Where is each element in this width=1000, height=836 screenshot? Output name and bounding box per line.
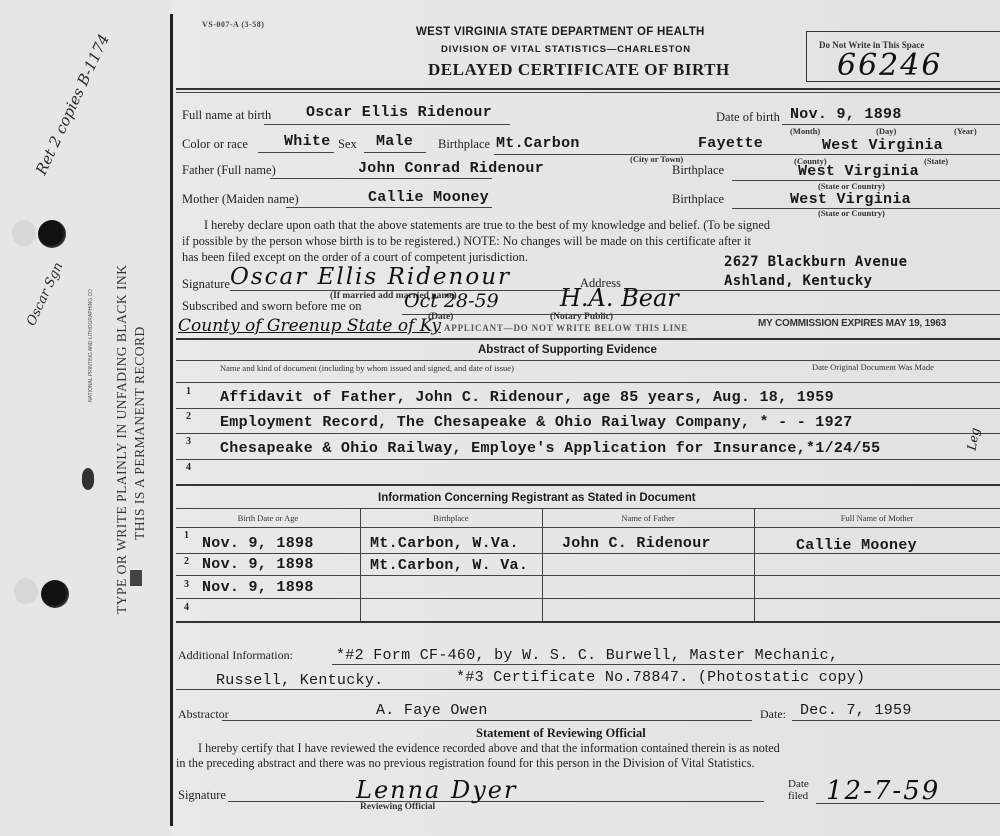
review-line-2: in the preceding abstract and there was … — [176, 756, 1000, 771]
underline — [270, 178, 492, 179]
column-divider — [754, 508, 755, 622]
underline — [264, 124, 510, 125]
column-divider — [360, 508, 361, 622]
margin-handwritten-note: Ret 2 copies B-1174 — [32, 31, 113, 177]
underline — [792, 720, 1000, 721]
additional-info-line-2a[interactable]: Russell, Kentucky. — [216, 672, 383, 689]
additional-info-label: Additional Information: — [178, 648, 293, 663]
punch-hole-shadow — [12, 220, 36, 246]
info-row-3-birth[interactable]: Nov. 9, 1898 — [202, 579, 314, 596]
full-name-label: Full name at birth — [182, 108, 271, 123]
notary-hint: (Notary Public) — [550, 312, 613, 322]
col-birth-date: Birth Date or Age — [176, 513, 360, 523]
abstractor-value[interactable]: A. Faye Owen — [376, 702, 488, 719]
margin-rule — [170, 14, 173, 826]
spacer — [176, 310, 1000, 311]
abstract-title: Abstract of Supporting Evidence — [478, 344, 657, 356]
printer-imprint: NATIONAL PRINTING AND LITHOGRAPHING CO — [88, 289, 94, 402]
additional-info-line-1[interactable]: *#2 Form CF-460, by W. S. C. Burwell, Ma… — [336, 647, 838, 664]
mother-label: Mother (Maiden name) — [182, 192, 299, 207]
abstract-date-value[interactable]: Dec. 7, 1959 — [800, 702, 912, 719]
table-rule — [176, 459, 1000, 460]
father-name-value[interactable]: John Conrad Ridenour — [358, 160, 544, 177]
notary-signature: H.A. Bear — [560, 284, 679, 312]
underline — [258, 152, 334, 153]
certificate-form: VS-007-A (3-58) WEST VIRGINIA STATE DEPA… — [176, 0, 1000, 836]
punch-hole-bottom — [41, 580, 69, 608]
abstract-side-mark: Leg — [965, 427, 983, 452]
sworn-date: Oct 28-59 — [404, 290, 499, 312]
birthplace-city[interactable]: Mt.Carbon — [496, 135, 580, 152]
col-father: Name of Father — [542, 513, 754, 523]
col-mother: Full Name of Mother — [754, 513, 1000, 523]
reviewer-signature-label: Signature — [178, 788, 226, 803]
table-rule — [176, 575, 1000, 576]
year-hint: (Year) — [954, 126, 977, 136]
table-rule — [176, 553, 1000, 554]
abstract-row-2[interactable]: Employment Record, The Chesapeake & Ohio… — [220, 414, 853, 431]
applicant-instruction: APPLICANT—DO NOT WRITE BELOW THIS LINE — [444, 323, 688, 333]
date-filed-value: 12-7-59 — [826, 776, 940, 806]
father-birthplace-label: Birthplace — [672, 163, 724, 178]
race-label: Color or race — [182, 137, 248, 152]
punch-hole-shadow — [14, 578, 38, 604]
info-row-number: 2 — [184, 556, 189, 567]
father-birthplace-value[interactable]: West Virginia — [798, 163, 919, 180]
declaration-line-1: I hereby declare upon oath that the abov… — [182, 217, 1000, 233]
pointing-hand-icon — [130, 570, 142, 586]
info-row-1-mother[interactable]: Callie Mooney — [796, 537, 917, 554]
info-row-number: 3 — [184, 579, 189, 590]
full-name-value[interactable]: Oscar Ellis Ridenour — [306, 104, 492, 121]
certificate-number: 66246 — [837, 48, 942, 83]
underline — [332, 664, 1000, 665]
info-row-1-birth[interactable]: Nov. 9, 1898 — [202, 535, 314, 552]
abstract-row-number: 2 — [186, 411, 191, 422]
info-row-1-place[interactable]: Mt.Carbon, W.Va. — [370, 535, 519, 552]
division-name: DIVISION OF VITAL STATISTICS—CHARLESTON — [441, 44, 691, 55]
abstract-row-number: 1 — [186, 386, 191, 397]
sex-label: Sex — [338, 137, 357, 152]
underline — [176, 689, 1000, 690]
col-birthplace: Birthplace — [360, 513, 542, 523]
review-title: Statement of Reviewing Official — [476, 726, 646, 741]
info-row-1-father[interactable]: John C. Ridenour — [562, 535, 711, 552]
abstract-col-date: Date Original Document Was Made — [812, 363, 912, 372]
header-divider — [176, 88, 1000, 93]
notary-commission-stamp: MY COMMISSION EXPIRES MAY 19, 1963 — [758, 318, 946, 329]
abstract-row-number: 3 — [186, 436, 191, 447]
dob-label: Date of birth — [716, 110, 780, 125]
document-title: DELAYED CERTIFICATE OF BIRTH — [428, 60, 730, 80]
abstract-row-number: 4 — [186, 462, 191, 473]
form-code: VS-007-A (3-58) — [202, 20, 264, 29]
abstract-col-document: Name and kind of document (including by … — [220, 363, 514, 373]
review-text: I hereby certify that I have reviewed th… — [176, 741, 1000, 771]
abstract-row-3[interactable]: Chesapeake & Ohio Railway, Employe's App… — [220, 440, 880, 457]
registrant-signature: Oscar Ellis Ridenour — [230, 264, 511, 290]
info-row-2-birth[interactable]: Nov. 9, 1898 — [202, 556, 314, 573]
date-filed-label-1: Date — [788, 778, 809, 790]
address-line-1[interactable]: 2627 Blackburn Avenue — [724, 254, 907, 270]
county-note: County of Greenup State of Ky — [178, 316, 441, 336]
abstract-date-label: Date: — [760, 707, 786, 722]
mother-birthplace-label: Birthplace — [672, 192, 724, 207]
info-row-number: 1 — [184, 530, 189, 541]
punch-hole-top — [38, 220, 66, 248]
abstract-row-1[interactable]: Affidavit of Father, John C. Ridenour, a… — [220, 389, 834, 406]
mother-birthplace-value[interactable]: West Virginia — [790, 191, 911, 208]
additional-info-line-2b[interactable]: *#3 Certificate No.78847. (Photostatic c… — [456, 669, 865, 686]
birthplace-state[interactable]: West Virginia — [822, 137, 943, 154]
applicant-divider — [176, 338, 1000, 340]
underline — [364, 152, 426, 153]
date-filed-label-2: filed — [788, 790, 809, 802]
table-rule — [176, 598, 1000, 599]
reviewer-signature-hint: Reviewing Official — [360, 802, 435, 812]
table-rule — [176, 527, 1000, 528]
underline — [402, 314, 1000, 315]
declaration-line-2: if possible by the person whose birth is… — [182, 233, 1000, 249]
margin-instruction-2: THIS IS A PERMANENT RECORD — [132, 326, 148, 540]
mother-name-value[interactable]: Callie Mooney — [368, 189, 489, 206]
underline — [782, 124, 1000, 125]
table-rule — [176, 360, 1000, 361]
certificate-page: Ret 2 copies B-1174 Oscar Sgn TYPE OR WR… — [0, 0, 1000, 836]
sworn-label: Subscribed and sworn before me on — [182, 299, 361, 314]
review-line-1: I hereby certify that I have reviewed th… — [176, 741, 1000, 756]
underline — [222, 720, 752, 721]
table-rule — [176, 382, 1000, 383]
father-birthplace-hint: (State or Country) — [818, 181, 885, 191]
agency-name: WEST VIRGINIA STATE DEPARTMENT OF HEALTH — [416, 26, 705, 38]
birthplace-label: Birthplace — [438, 137, 490, 152]
address-line-2[interactable]: Ashland, Kentucky — [724, 273, 872, 289]
info-row-2-place[interactable]: Mt.Carbon, W. Va. — [370, 557, 528, 574]
signature-label: Signature — [182, 277, 230, 292]
printer-logo-icon — [82, 468, 94, 490]
reviewer-signature: Lenna Dyer — [356, 776, 517, 804]
underline — [286, 207, 492, 208]
state-hint: (State) — [924, 156, 948, 166]
registrant-info-title: Information Concerning Registrant as Sta… — [378, 492, 696, 504]
dob-value[interactable]: Nov. 9, 1898 — [790, 106, 902, 123]
table-rule — [176, 408, 1000, 409]
margin-instruction-1: TYPE OR WRITE PLAINLY IN UNFADING BLACK … — [114, 264, 130, 614]
month-hint: (Month) — [790, 126, 820, 136]
table-rule — [176, 433, 1000, 434]
race-value[interactable]: White — [284, 133, 331, 150]
underline — [494, 154, 1000, 155]
underline — [624, 290, 1000, 291]
info-row-number: 4 — [184, 602, 189, 613]
abstract-bottom-rule — [176, 484, 1000, 486]
office-use-box: Do Not Write in This Space 66246 — [806, 31, 1000, 82]
margin-handwritten-initials: Oscar Sgn — [24, 260, 66, 328]
father-label: Father (Full name) — [182, 163, 276, 178]
birthplace-county[interactable]: Fayette — [698, 135, 763, 152]
info-table-bottom-rule — [176, 621, 1000, 623]
date-filed-label: Date filed — [788, 778, 809, 802]
column-divider — [542, 508, 543, 622]
sex-value[interactable]: Male — [376, 133, 413, 150]
day-hint: (Day) — [876, 126, 896, 136]
table-rule — [176, 508, 1000, 509]
left-margin: Ret 2 copies B-1174 Oscar Sgn TYPE OR WR… — [0, 0, 172, 836]
